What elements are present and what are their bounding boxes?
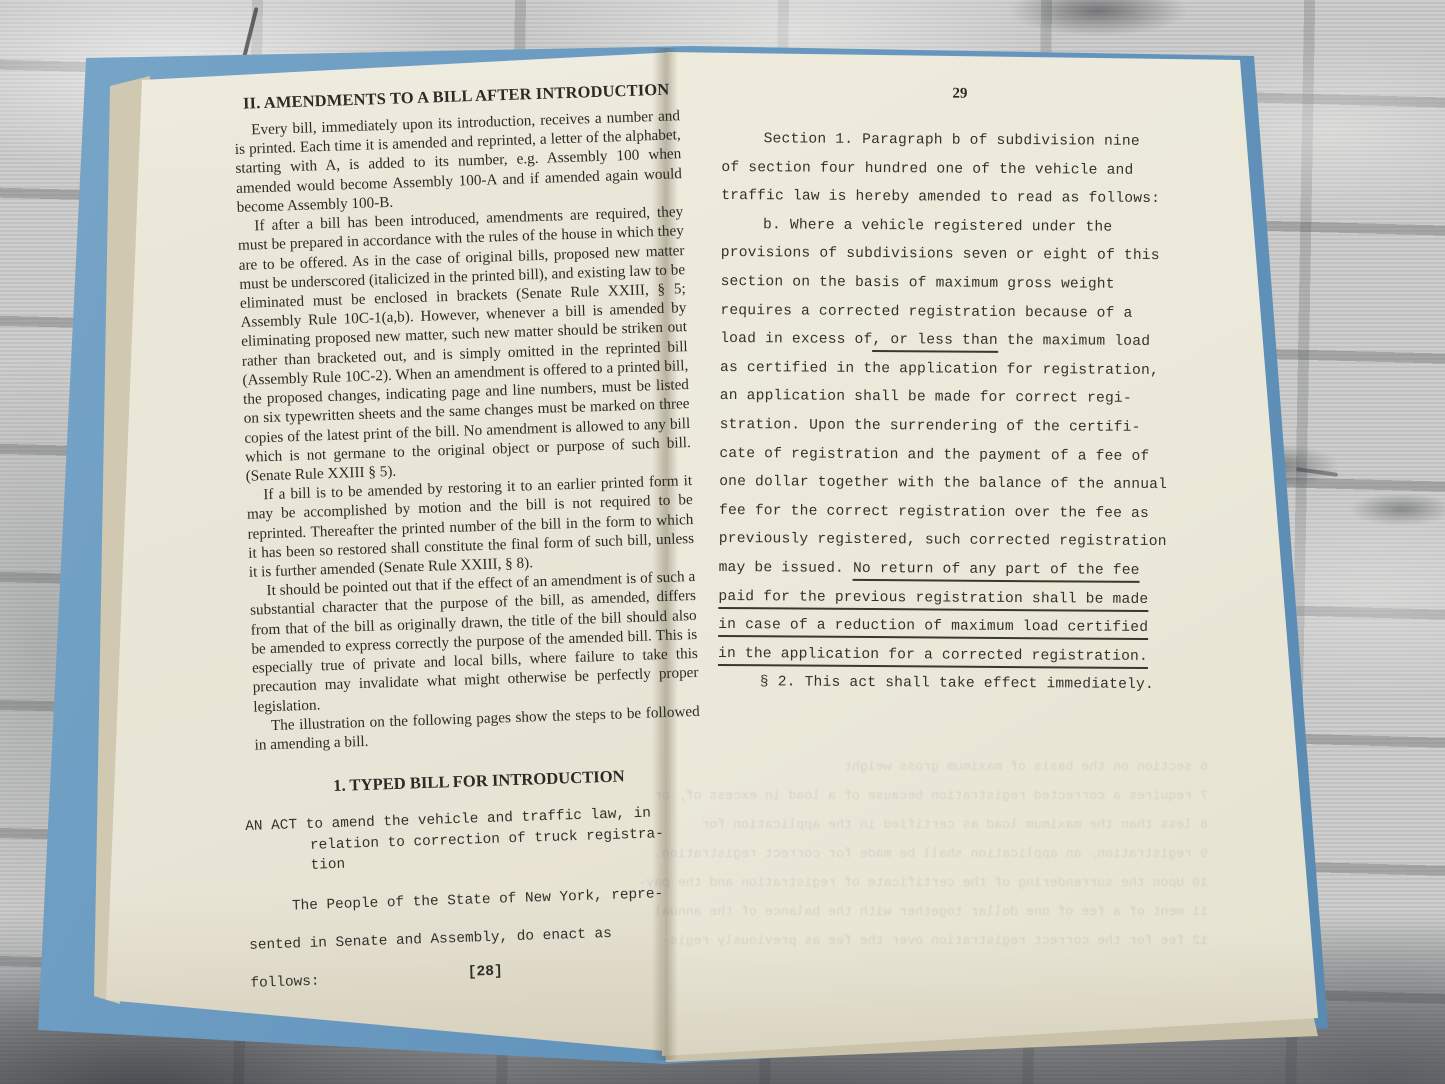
- typed-line: in case of a reduction of maximum load c…: [718, 611, 1194, 643]
- right-page-lines: Section 1. Paragraph b of subdivision ni…: [718, 125, 1198, 700]
- typed-text: load in excess of: [720, 331, 872, 348]
- typed-text: cate of registration and the payment of …: [719, 446, 1149, 465]
- bleed-line: 6 section on the basis of maximum gross …: [716, 752, 1208, 781]
- underlined-typed-text: in the application for a corrected regis…: [718, 646, 1148, 669]
- bleed-line: 12 fee for the correct registration over…: [716, 926, 1208, 955]
- bleed-line: 10 Upon the surrendering of the certific…: [716, 868, 1208, 897]
- typed-text: one dollar together with the balance of …: [719, 474, 1167, 493]
- underlined-typed-text: paid for the previous registration shall…: [718, 588, 1148, 611]
- photo-canvas: { "palette": { "cover_blue": "#6c9cc2", …: [0, 0, 1445, 1084]
- page-number: 29: [722, 84, 1198, 104]
- typed-line: an application shall be made for correct…: [720, 382, 1196, 414]
- typed-line: paid for the previous registration shall…: [718, 582, 1194, 614]
- printed-paragraph: If after a bill has been introduced, ame…: [237, 202, 692, 486]
- typed-text: requires a corrected registration becaus…: [720, 303, 1132, 322]
- typed-line: in the application for a corrected regis…: [718, 640, 1194, 672]
- typed-line: § 2. This act shall take effect immediat…: [718, 668, 1194, 700]
- typed-line: Section 1. Paragraph b of subdivision ni…: [722, 125, 1198, 157]
- typed-line: traffic law is hereby amended to read as…: [721, 182, 1197, 214]
- typed-line: section on the basis of maximum gross we…: [721, 268, 1197, 300]
- typed-line: may be issued. No return of any part of …: [719, 554, 1195, 586]
- typed-line: load in excess of, or less than the maxi…: [720, 325, 1196, 357]
- typed-line: b. Where a vehicle registered under the: [721, 211, 1197, 243]
- typed-line: as certified in the application for regi…: [720, 354, 1196, 386]
- typed-text: previously registered, such corrected re…: [719, 531, 1167, 550]
- act-title-block: AN ACT to amend the vehicle and traffic …: [245, 802, 705, 879]
- typed-line: fee for the correct registration over th…: [719, 497, 1195, 529]
- bleed-line: 11 ment of a fee of one dollar together …: [716, 897, 1208, 926]
- underlined-typed-text: No return of any part of the fee: [853, 561, 1140, 583]
- typed-text: Section 1. Paragraph b of subdivision ni…: [764, 131, 1140, 150]
- section-heading: 1. TYPED BILL FOR INTRODUCTION: [256, 764, 702, 799]
- printed-paragraph: Every bill, immediately upon its introdu…: [234, 106, 683, 217]
- typed-text: stration. Upon the surrendering of the c…: [720, 417, 1141, 436]
- typed-line: of section four hundred one of the vehic…: [721, 154, 1197, 186]
- left-page-content: II. AMENDMENTS TO A BILL AFTER INTRODUCT…: [233, 79, 708, 987]
- printed-paragraph: It should be pointed out that if the eff…: [249, 567, 699, 716]
- bleed-line: 8 less than the maximum load as certifie…: [716, 810, 1208, 839]
- right-page-content: 29 Section 1. Paragraph b of subdivision…: [718, 84, 1198, 700]
- typed-text: may be issued.: [719, 560, 853, 577]
- typed-text: the maximum load: [998, 333, 1150, 350]
- typed-text: b. Where a vehicle registered under the: [763, 217, 1112, 235]
- typed-line: requires a corrected registration becaus…: [720, 297, 1196, 329]
- underlined-typed-text: , or less than: [872, 332, 998, 353]
- typed-text: fee for the correct registration over th…: [719, 503, 1149, 522]
- typed-line: provisions of subdivisions seven or eigh…: [721, 239, 1197, 271]
- enacting-clause-block: The People of the State of New York, rep…: [247, 873, 709, 1002]
- typed-text: provisions of subdivisions seven or eigh…: [721, 245, 1160, 264]
- typed-text: of section four hundred one of the vehic…: [721, 160, 1133, 179]
- bleed-line: 9 registration, an application shall be …: [716, 839, 1208, 868]
- typed-line: previously registered, such corrected re…: [719, 525, 1195, 557]
- bleed-through-text: 6 section on the basis of maximum gross …: [716, 752, 1208, 955]
- typed-text: an application shall be made for correct…: [720, 388, 1132, 407]
- bleed-line: 7 requires a corrected registration beca…: [716, 781, 1208, 810]
- typed-text: section on the basis of maximum gross we…: [721, 274, 1115, 293]
- printed-paragraph: If a bill is to be amended by restoring …: [246, 471, 695, 582]
- underlined-typed-text: in case of a reduction of maximum load c…: [718, 617, 1148, 640]
- typed-text: § 2. This act shall take effect immediat…: [760, 675, 1154, 694]
- typed-line: one dollar together with the balance of …: [719, 468, 1195, 500]
- typed-text: traffic law is hereby amended to read as…: [721, 188, 1160, 207]
- left-page-paragraphs: Every bill, immediately upon its introdu…: [234, 106, 701, 755]
- typed-line: stration. Upon the surrendering of the c…: [720, 411, 1196, 443]
- typed-line: cate of registration and the payment of …: [719, 440, 1195, 472]
- typed-text: as certified in the application for regi…: [720, 360, 1159, 379]
